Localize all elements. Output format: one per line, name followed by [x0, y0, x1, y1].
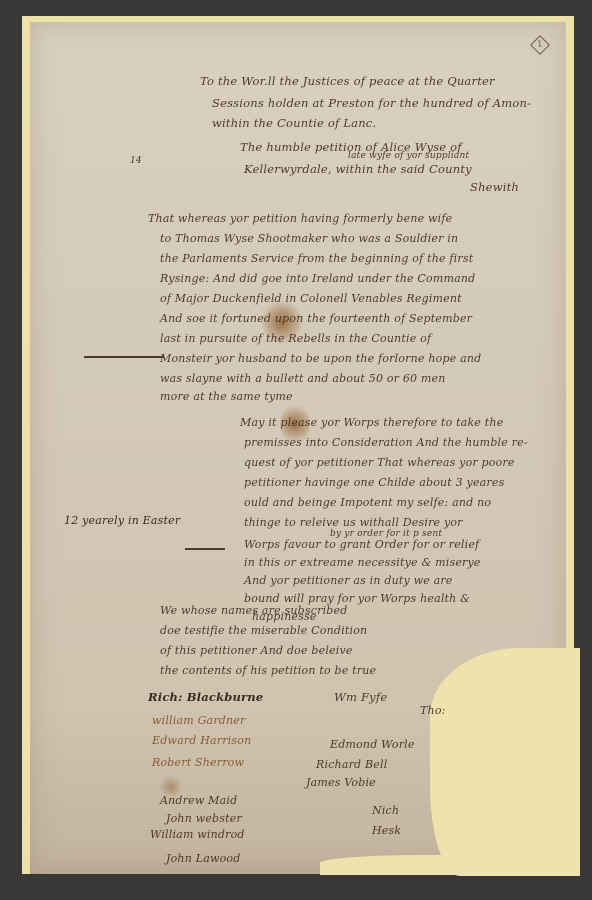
signature: Wm Fyfe [334, 690, 387, 704]
prayer-line: quest of yor petitioner That whereas yor… [244, 456, 515, 469]
signature: Hesk [372, 824, 401, 837]
body-line: And soe it fortuned upon the fourteenth … [160, 312, 472, 325]
prayer-line: premisses into Consideration And the hum… [244, 436, 528, 449]
body-line: Monsteir yor husband to be upon the forl… [160, 352, 481, 365]
testimonial-line: the contents of his petition to be true [160, 664, 376, 677]
body-line: That whereas yor petition having formerl… [148, 212, 452, 225]
signature: Edmond Worle [330, 738, 415, 751]
testimonial-line: doe testifie the miserable Condition [160, 624, 367, 637]
prayer-line: And yor petitioner as in duty we are [244, 574, 453, 587]
signature: Rich: Blackburne [148, 690, 263, 704]
signature: Tho: [420, 704, 446, 717]
side-note: 12 yearely in Easter [64, 514, 180, 527]
prayer-line: petitioner havinge one Childe about 3 ye… [244, 476, 504, 489]
pen-flourish [185, 548, 225, 550]
body-line: was slayne with a bullett and about 50 o… [160, 372, 446, 385]
prayer-line: Worps favour to grant Order for or relie… [244, 538, 479, 551]
petitioner-line: Kellerwyrdale, within the said County [244, 162, 472, 176]
body-line: more at the same tyme [160, 390, 293, 403]
margin-mark: 14 [130, 156, 142, 166]
signature: William windrod [150, 828, 245, 841]
body-line: to Thomas Wyse Shootmaker who was a Soul… [160, 232, 458, 245]
signature: Edward Harrison [152, 734, 251, 747]
testimonial-line: We whose names are subscribed [160, 604, 347, 617]
prayer-line: in this or extreame necessitye & miserye [244, 556, 481, 569]
prayer-line: thinge to releive us withall Desire yor [244, 516, 463, 529]
pen-flourish [84, 356, 164, 358]
signature: Richard Bell [316, 758, 387, 771]
prayer-line: ould and beinge Impotent my selfe: and n… [244, 496, 491, 509]
address-line: within the Countie of Lanc. [212, 116, 376, 130]
signature: John Lawood [166, 852, 240, 865]
shewith: Shewith [470, 180, 519, 194]
address-line: Sessions holden at Preston for the hundr… [212, 96, 531, 110]
body-line: last in pursuite of the Rebells in the C… [160, 332, 431, 345]
prayer-line: May it please yor Worps therefore to tak… [240, 416, 503, 429]
testimonial-line: of this petitioner And doe beleive [160, 644, 353, 657]
torn-corner [430, 648, 580, 876]
signature: James Vobie [306, 776, 376, 789]
signature: william Gardner [152, 714, 245, 727]
signature: Nich [372, 804, 399, 817]
body-line: the Parlaments Service from the beginnin… [160, 252, 473, 265]
signature: Robert Sherrow [152, 756, 244, 769]
signature: Andrew Maid [160, 794, 237, 807]
signature: John webster [166, 812, 242, 825]
body-line: Rysinge: And did goe into Ireland under … [160, 272, 475, 285]
address-line: To the Wor.ll the Justices of peace at t… [200, 74, 495, 88]
torn-bottom-edge [320, 855, 580, 875]
interlineation: late wyfe of yor suppliant [348, 151, 469, 161]
body-line: of Major Duckenfield in Colonell Venable… [160, 292, 462, 305]
